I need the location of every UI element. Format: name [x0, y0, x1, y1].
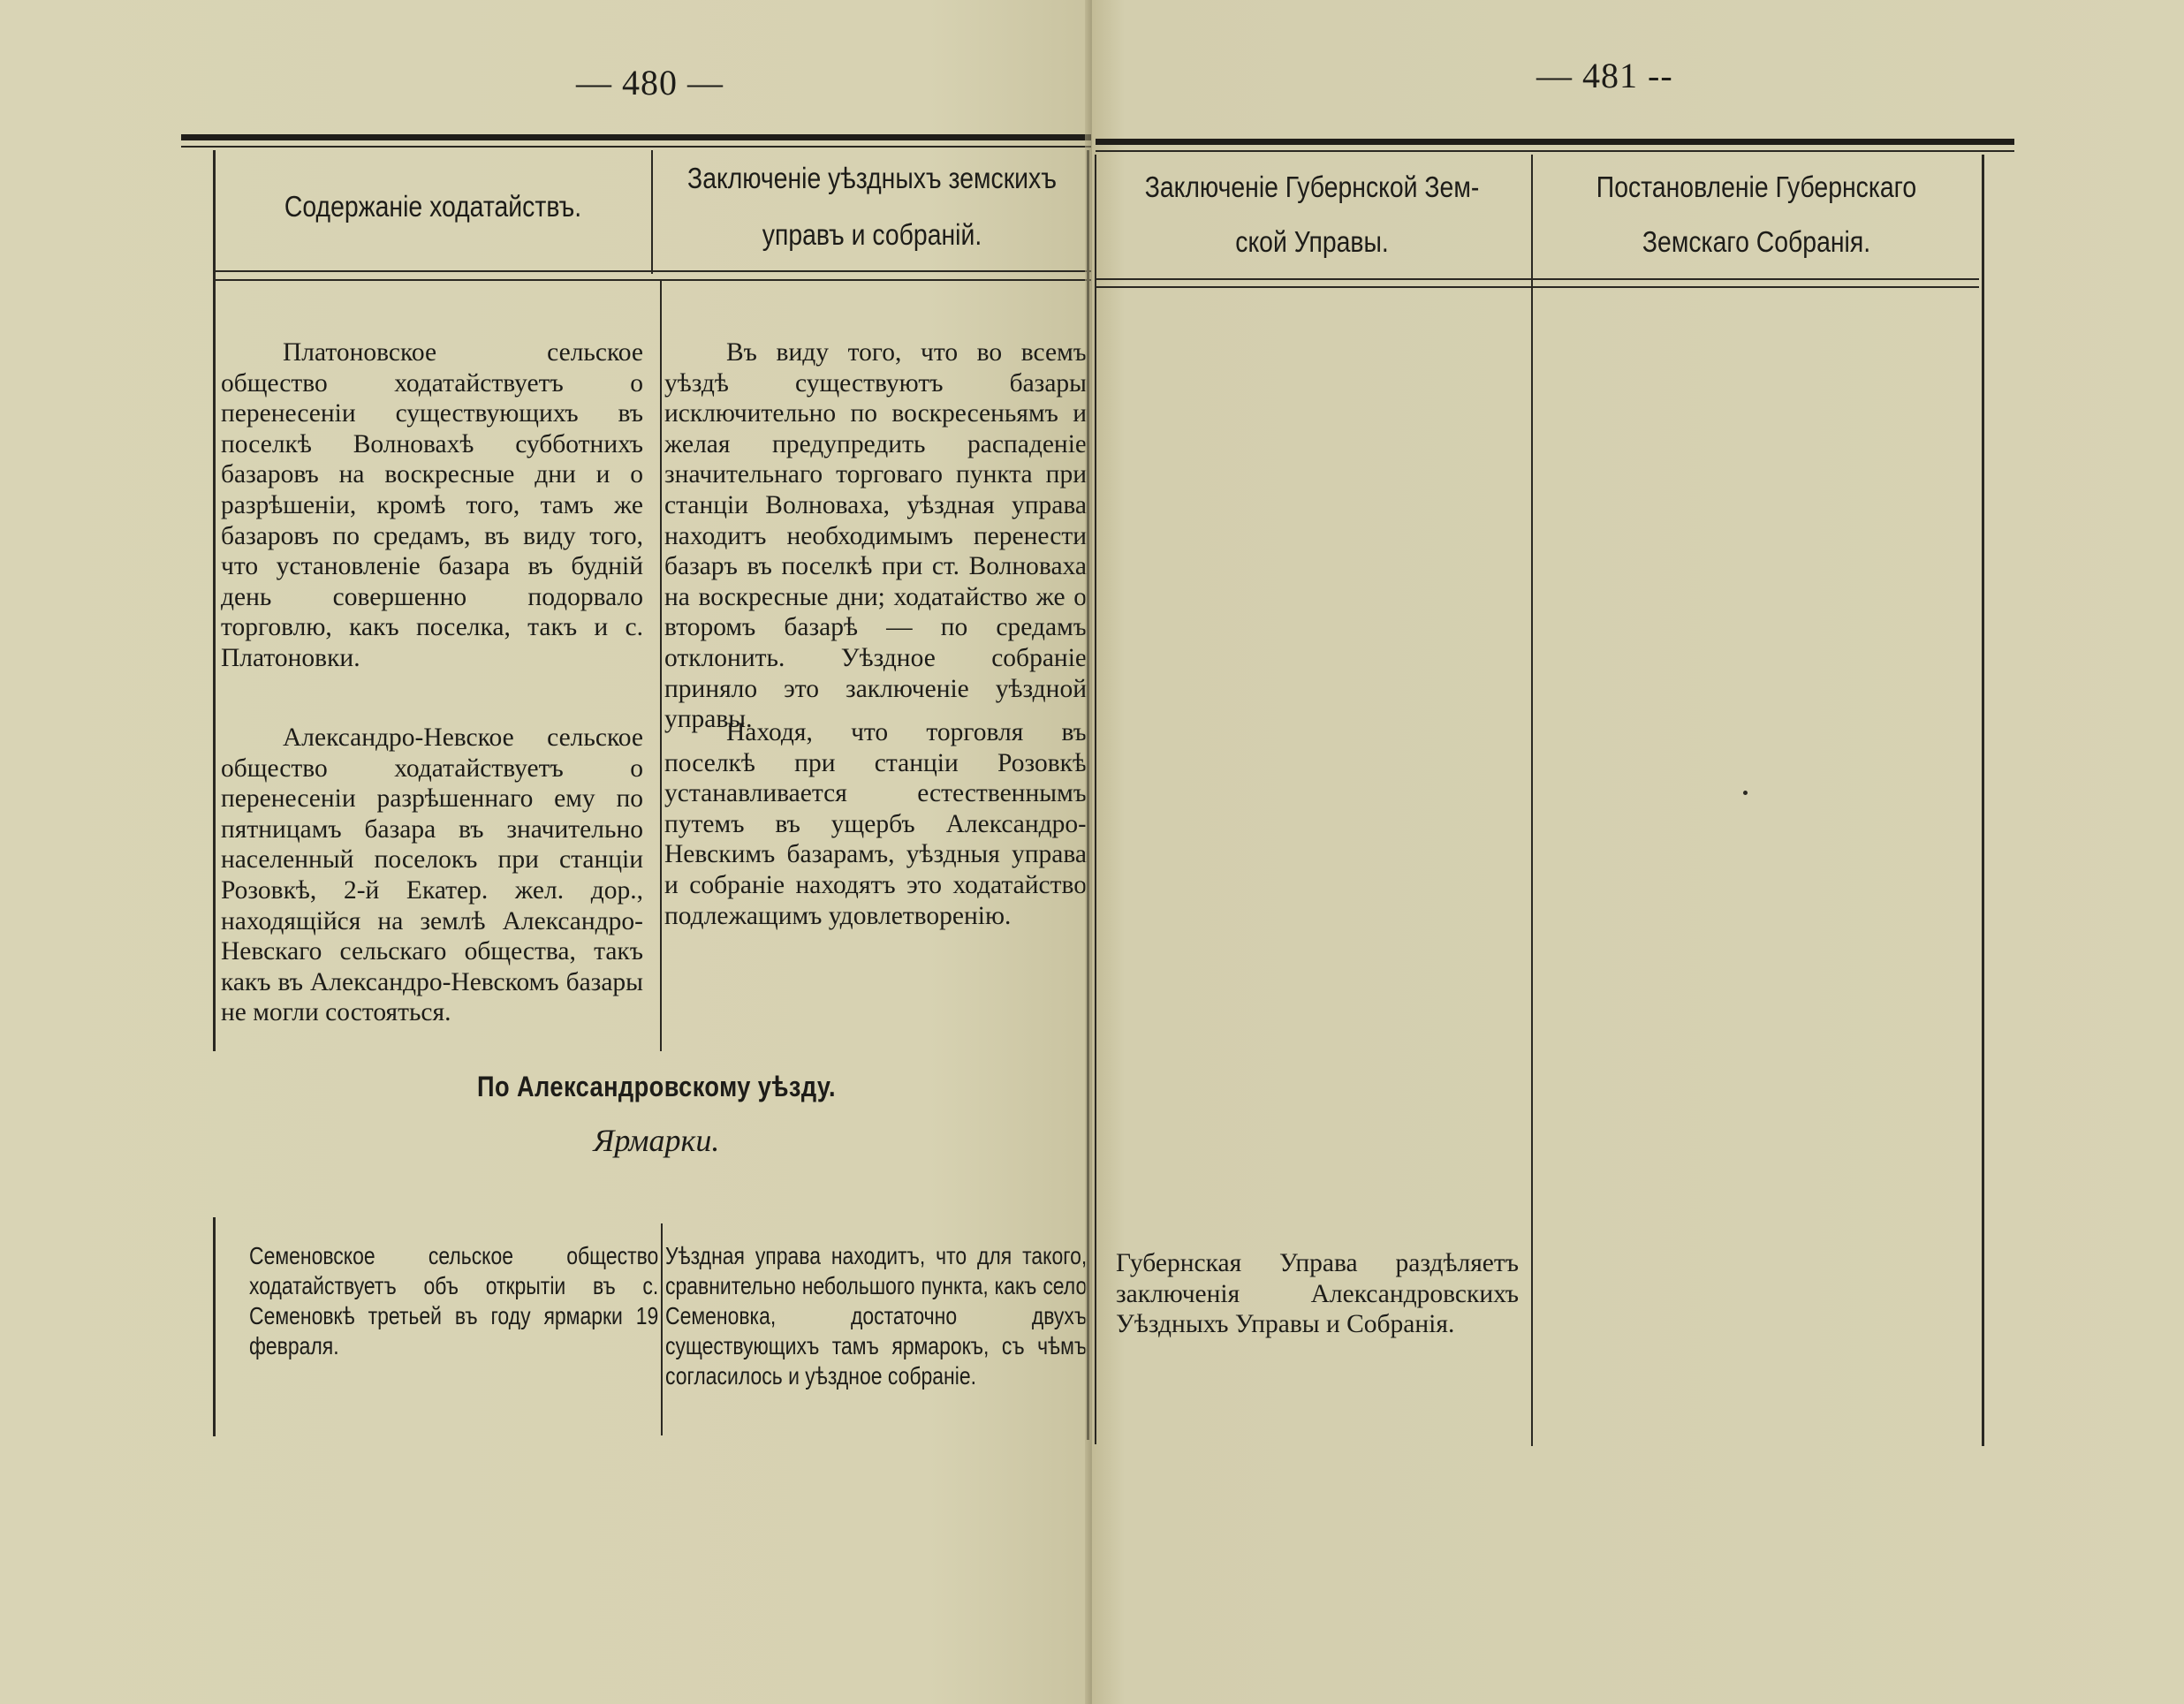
page-number-left: — 480 —	[576, 62, 724, 103]
header-bottom-rule	[215, 270, 1091, 272]
column-header-provincial-resolution-line2: Земскаго Собранія.	[1563, 212, 1951, 272]
petition-aleksandro-nevskoe: Александро-Невское сельское общество ход…	[221, 723, 643, 1028]
left-page: — 480 — Содержаніе ходатайствъ. Заключен…	[0, 0, 1092, 1704]
table-top-thin-rule	[181, 146, 1091, 148]
provincial-conclusion-semenovskoe: Губернская Управа раздѣляетъ заключенія …	[1116, 1248, 1519, 1340]
column-header-district-conclusion-line1: Заключеніе уѣздныхъ земскихъ	[682, 148, 1062, 208]
section-subtitle-fairs: Ярмарки.	[215, 1122, 1098, 1159]
table-top-rule-right	[1096, 139, 2014, 145]
header-bottom-rule-right	[1096, 278, 1979, 280]
column-header-provincial-conclusion-line2: ской Управы.	[1126, 212, 1498, 272]
right-page: — 481 -- Заключеніе Губернской Зем- ской…	[1092, 0, 2184, 1704]
header-column-divider	[651, 150, 653, 274]
district-conclusion-aleksandro-nevskoe: Находя, что торговля въ поселкѣ при стан…	[664, 717, 1087, 931]
section-title-aleksandrovsky-uezd: По Александровскому уѣзду.	[281, 1071, 1032, 1103]
column-header-district-conclusion-line2: управъ и собраній.	[682, 205, 1062, 265]
district-conclusion-semenovskoe: Уѣздная управа находитъ, что для такого,…	[665, 1241, 1087, 1391]
header-bottom-rule-right-2	[1096, 286, 1979, 288]
ink-speck	[1743, 791, 1748, 795]
table-left-border-right	[1095, 155, 1096, 1444]
column-header-provincial-resolution-line1: Постановленіе Губернскаго	[1563, 157, 1951, 217]
table-left-border-lower	[213, 1217, 216, 1436]
column-divider-right	[1531, 155, 1533, 1446]
table-top-thin-rule-right	[1096, 150, 2014, 152]
column-header-petitions: Содержаніе ходатайствъ.	[246, 177, 621, 237]
table-left-border	[213, 150, 216, 1051]
table-top-rule	[181, 134, 1091, 140]
column-divider-lower	[661, 1223, 663, 1435]
page-number-right: — 481 --	[1536, 55, 1673, 96]
column-header-provincial-conclusion-line1: Заключеніе Губернской Зем-	[1126, 157, 1498, 217]
header-bottom-rule-2	[215, 279, 1091, 281]
district-conclusion-platonovskoe: Въ виду того, что во всемъ уѣздѣ существ…	[664, 337, 1087, 735]
table-right-border-right	[1982, 155, 1984, 1446]
column-divider	[660, 281, 662, 1051]
petition-semenovskoe: Семеновское сельское общество ходатайств…	[249, 1241, 658, 1361]
petition-platonovskoe: Платоновское сельское общество ходатайст…	[221, 337, 643, 674]
